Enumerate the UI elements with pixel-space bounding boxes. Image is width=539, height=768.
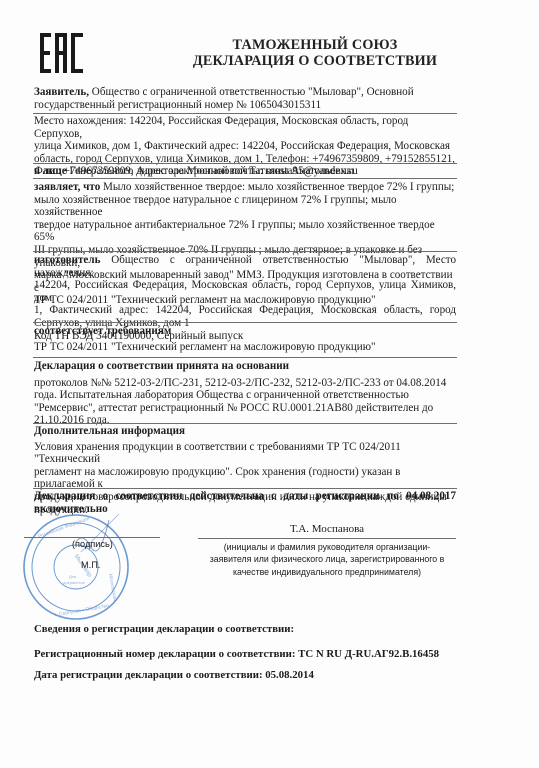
complies-text: ТР ТС 024/2011 "Технический регламент на…: [34, 341, 456, 354]
complies-label: соответствует требованиям: [34, 325, 171, 337]
basis-line: "Ремсервис", аттестат регистрационный № …: [34, 402, 456, 415]
registration-date: Дата регистрации декларации о соответств…: [34, 669, 314, 681]
declares-line: Мыло хозяйственное твердое: мыло хозяйст…: [100, 181, 454, 193]
location-line: улица Химиков, дом 1, Фактический адрес:…: [34, 140, 456, 153]
additional-info-label: Дополнительная информация: [34, 425, 185, 437]
divider: [33, 423, 457, 424]
basis-label: Декларация о соответствии принята на осн…: [34, 360, 289, 372]
divider: [33, 251, 457, 252]
declaration-document: ТАМОЖЕННЫЙ СОЮЗ ДЕКЛАРАЦИЯ О СООТВЕТСТВИ…: [0, 0, 539, 768]
manufacturer-label: изготовитель: [34, 254, 100, 266]
complies-section: соответствует требованиям ТР ТС 024/2011…: [34, 325, 456, 353]
basis-line: года. Испытательная лаборатория Общества…: [34, 389, 456, 402]
applicant-section: Заявитель, Общество с ограниченной ответ…: [34, 86, 456, 111]
applicant-text: Общество с ограниченной ответственностью…: [89, 86, 414, 98]
title-declaration: ДЕКЛАРАЦИЯ О СООТВЕТСТВИИ: [150, 53, 480, 69]
validity-line: Декларация о соответствии действительна …: [34, 490, 456, 503]
svg-text:Для: Для: [69, 574, 76, 579]
signature-line: [24, 537, 160, 538]
declares-line: мыло хозяйственное твердое натуральное с…: [34, 194, 456, 219]
additional-line: Условия хранения продукции в соответстви…: [34, 441, 456, 466]
basis-line: протоколов №№ 5212-03-2/ПС-231, 5212-03-…: [34, 377, 456, 390]
svg-text:документов: документов: [63, 580, 85, 585]
signer-caption-line: качестве индивидуального предпринимателя…: [198, 566, 456, 578]
declares-label: заявляет, что: [34, 181, 100, 193]
divider: [33, 178, 457, 179]
representative-section: в лице Генерального директора Моспановой…: [34, 165, 456, 178]
registration-number: Регистрационный номер декларации о соотв…: [34, 648, 439, 660]
representative-text: Генерального директора Моспановой Татьян…: [67, 165, 354, 177]
seal-caption: М.П.: [81, 560, 100, 570]
divider: [33, 488, 457, 489]
applicant-label: Заявитель,: [34, 86, 89, 98]
signer-name-line: [198, 538, 456, 539]
official-stamp-icon: Российская Федерация Московская г. Серпу…: [21, 512, 131, 622]
signer-caption: (инициалы и фамилия руководителя организ…: [198, 541, 456, 578]
representative-label: в лице: [34, 165, 67, 177]
location-line: Место нахождения: 142204, Российская Фед…: [34, 115, 456, 140]
basis-section: Декларация о соответствии принята на осн…: [34, 360, 456, 427]
divider: [33, 357, 457, 358]
manufacturer-line: 1, Фактический адрес: 142204, Российская…: [34, 304, 456, 317]
divider: [33, 322, 457, 323]
svg-text:Московская: Московская: [107, 573, 118, 601]
title-customs-union: ТАМОЖЕННЫЙ СОЮЗ: [150, 37, 480, 53]
applicant-reg-number: государственный регистрационный номер № …: [34, 99, 456, 112]
divider: [33, 113, 457, 114]
manufacturer-line: 142204, Российская Федерация, Московская…: [34, 279, 456, 304]
signer-name: Т.А. Моспанова: [198, 523, 456, 535]
registration-heading: Сведения о регистрации декларации о соот…: [34, 623, 294, 635]
svg-text:г. Серпухов • Общество: г. Серпухов • Общество: [55, 603, 110, 618]
signer-caption-line: (инициалы и фамилия руководителя организ…: [198, 541, 456, 553]
eac-logo-icon: [40, 33, 84, 73]
signer-caption-line: заявителя или физического лица, зарегист…: [198, 553, 456, 565]
divider: [33, 163, 457, 164]
document-title: ТАМОЖЕННЫЙ СОЮЗ ДЕКЛАРАЦИЯ О СООТВЕТСТВИ…: [150, 37, 480, 69]
signature-caption: (подпись): [72, 539, 113, 549]
declares-line: твердое натуральное антибактериальное 72…: [34, 219, 456, 244]
